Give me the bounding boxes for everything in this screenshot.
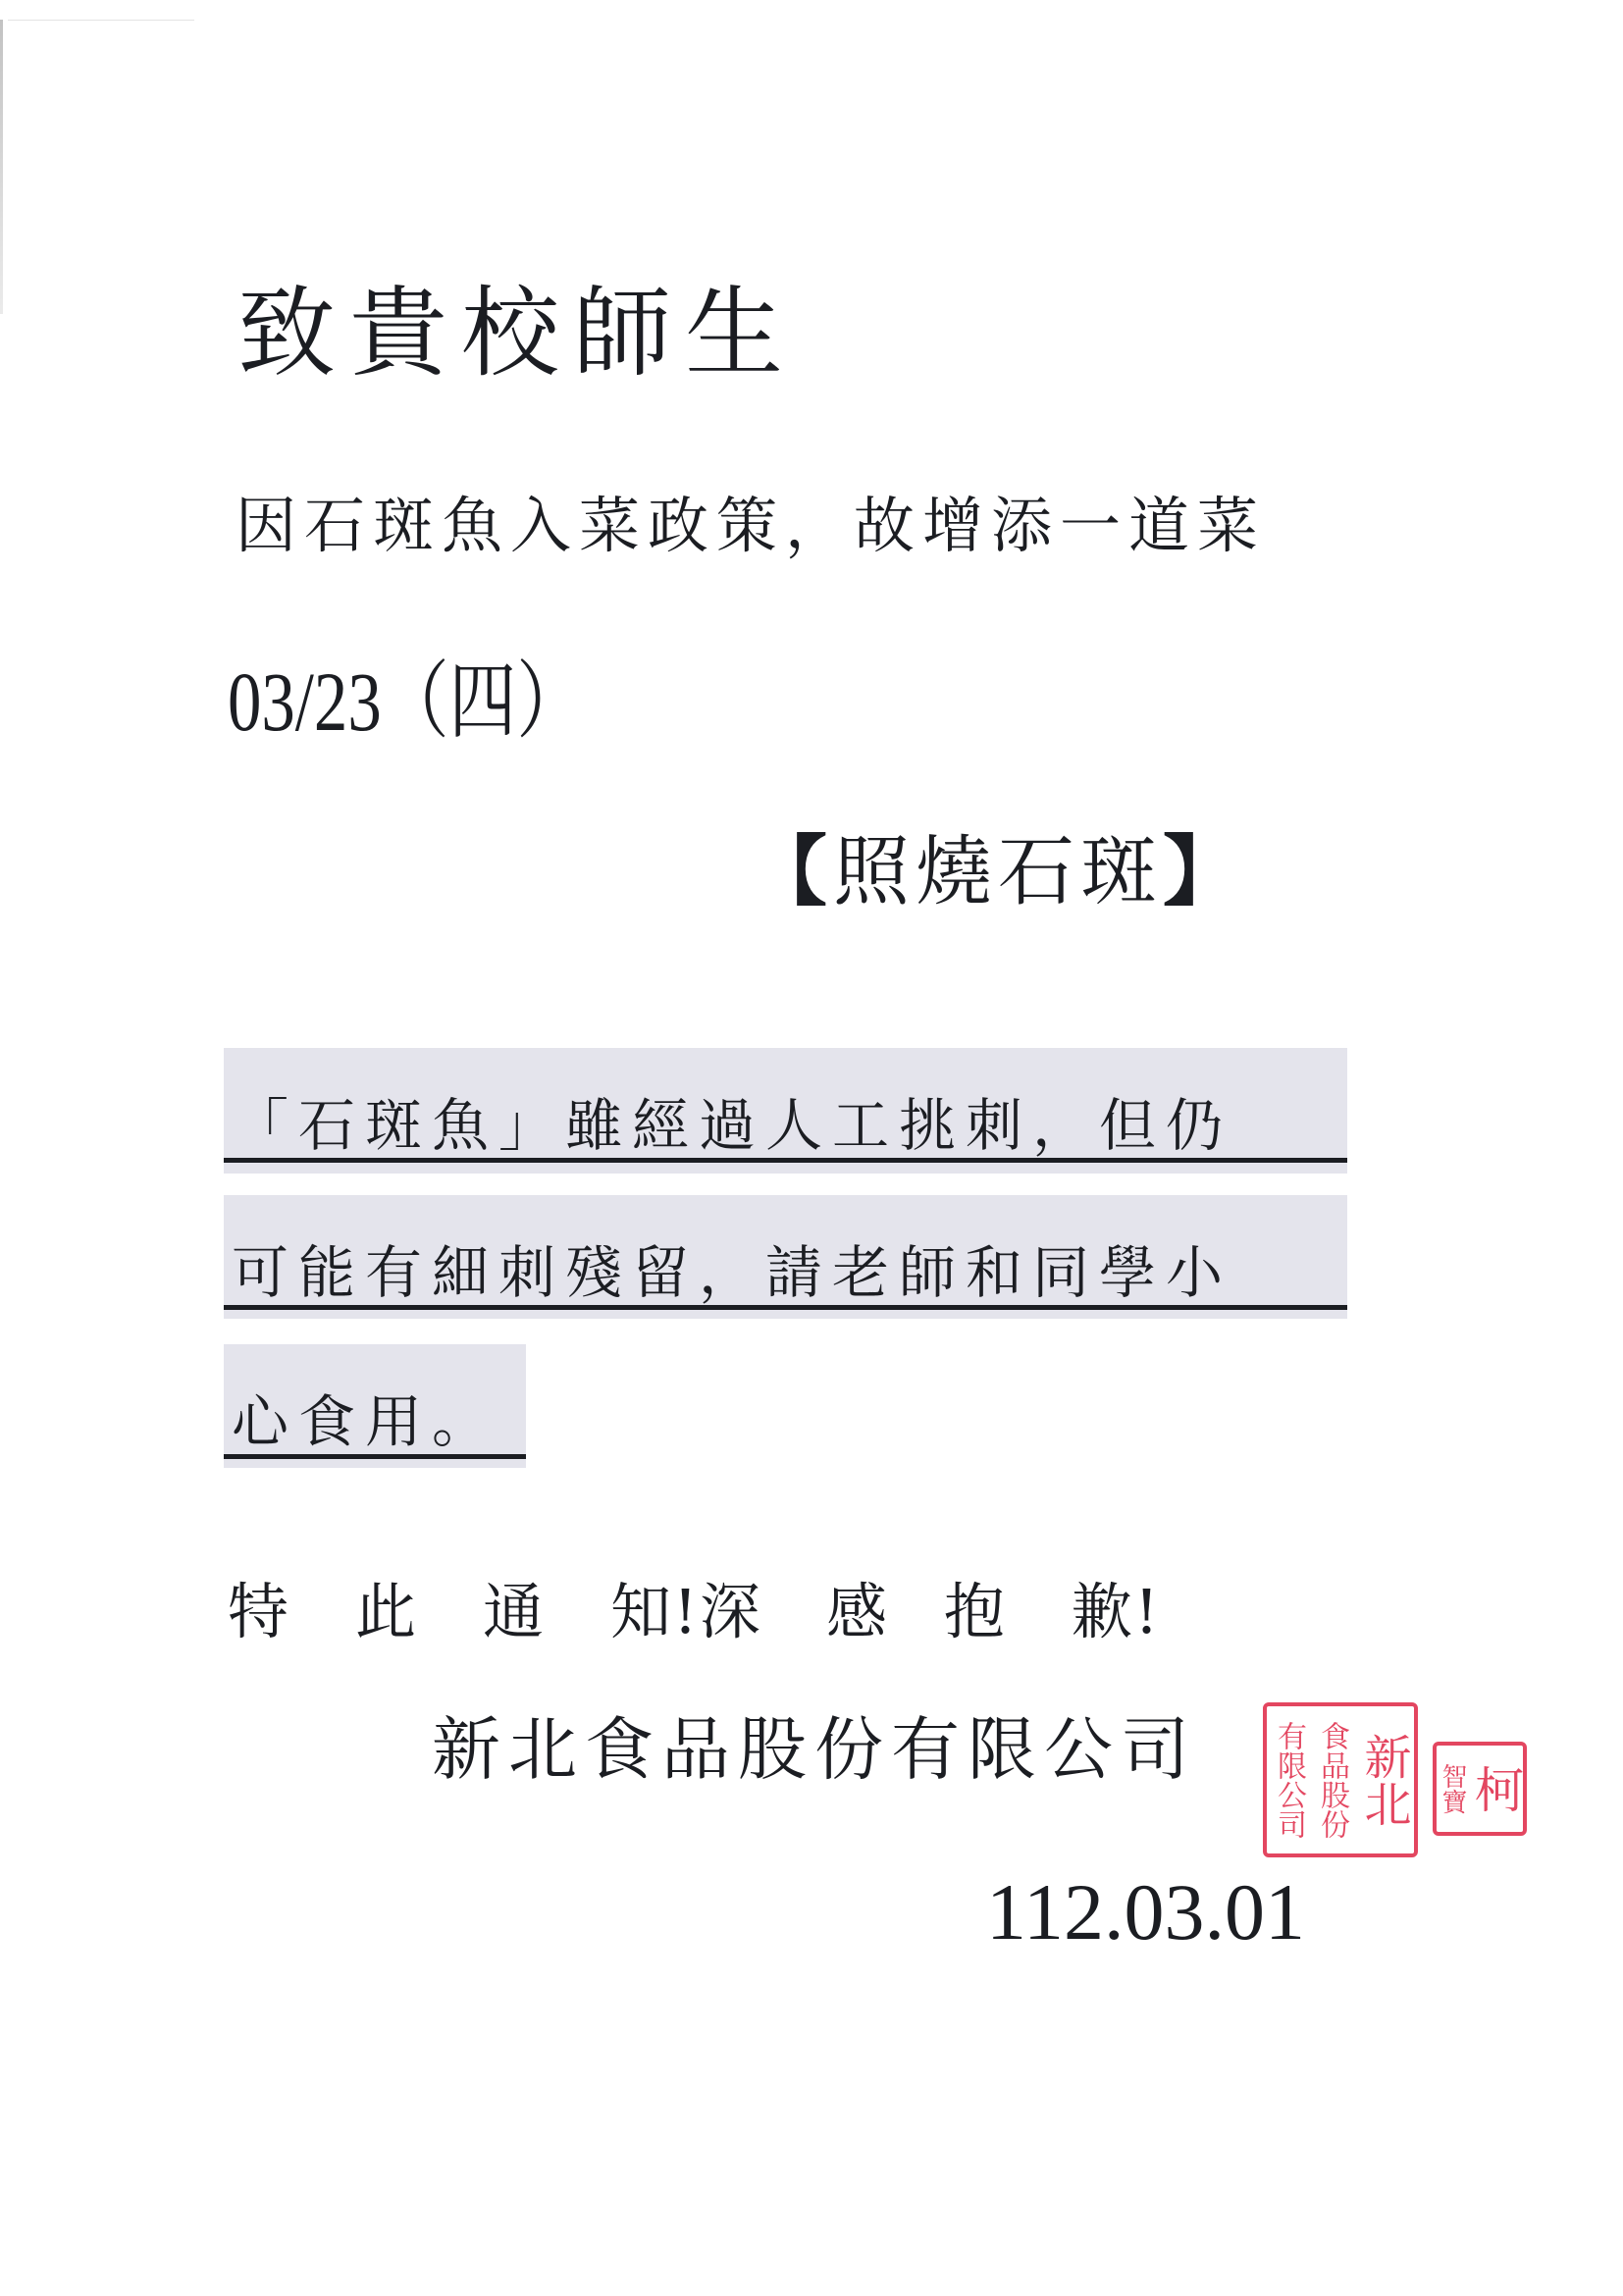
seal-column: 食品股份 <box>1317 1721 1346 1839</box>
underline <box>224 1454 526 1459</box>
seal-text: 有限公司 <box>1274 1721 1303 1839</box>
notice-subtitle: 因石斑魚入菜政策，故增添一道菜 <box>236 496 1266 556</box>
dish-name: 【照燒石斑】 <box>751 834 1245 911</box>
closing-line: 特此通知!深感抱歉! <box>228 1582 1161 1643</box>
seal-text: 智寶 <box>1440 1763 1465 1814</box>
bracket-close: 】 <box>1163 827 1245 916</box>
seal-column: 新北 <box>1360 1733 1407 1827</box>
seal-column: 有限公司 <box>1274 1721 1303 1839</box>
company-name: 新北食品股份有限公司 <box>432 1715 1197 1784</box>
personal-seal-stamp: 柯 智寶 <box>1433 1742 1527 1836</box>
closing-char: 通 <box>483 1582 610 1643</box>
scan-edge <box>0 20 3 314</box>
underline <box>224 1158 1347 1163</box>
company-seal-stamp: 新北 食品股份 有限公司 <box>1263 1702 1418 1857</box>
underline <box>224 1305 1347 1310</box>
highlight-line-2: 可能有細刺殘留，請老師和同學小 <box>224 1195 1347 1319</box>
closing-char: 特 <box>228 1582 355 1643</box>
seal-text: 新北 <box>1360 1733 1407 1827</box>
seal-text: 柯 <box>1471 1764 1520 1813</box>
closing-char: 此 <box>355 1582 483 1643</box>
closing-char: 知!深 <box>610 1582 826 1643</box>
notice-title: 致貴校師生 <box>237 285 797 383</box>
issue-date: 112.03.01 <box>986 1872 1305 1953</box>
menu-date: 03/23（四） <box>228 659 584 744</box>
closing-char: 歉! <box>1072 1582 1161 1643</box>
highlight-line-3: 心食用。 <box>224 1344 526 1468</box>
highlight-line-1: 「石斑魚」雖經過人工挑刺，但仍 <box>224 1048 1347 1174</box>
closing-char: 抱 <box>944 1582 1072 1643</box>
warning-text-1: 「石斑魚」雖經過人工挑刺，但仍 <box>232 1097 1232 1154</box>
warning-text-3: 心食用。 <box>232 1393 498 1450</box>
seal-column: 智寶 <box>1440 1763 1465 1814</box>
scan-edge-top <box>8 20 194 21</box>
bracket-open: 【 <box>751 827 833 916</box>
dish-label: 照燒石斑 <box>833 828 1163 916</box>
seal-column: 柯 <box>1471 1764 1520 1813</box>
seal-text: 食品股份 <box>1317 1721 1346 1839</box>
warning-text-2: 可能有細刺殘留，請老師和同學小 <box>232 1244 1232 1301</box>
closing-char: 感 <box>826 1582 944 1643</box>
